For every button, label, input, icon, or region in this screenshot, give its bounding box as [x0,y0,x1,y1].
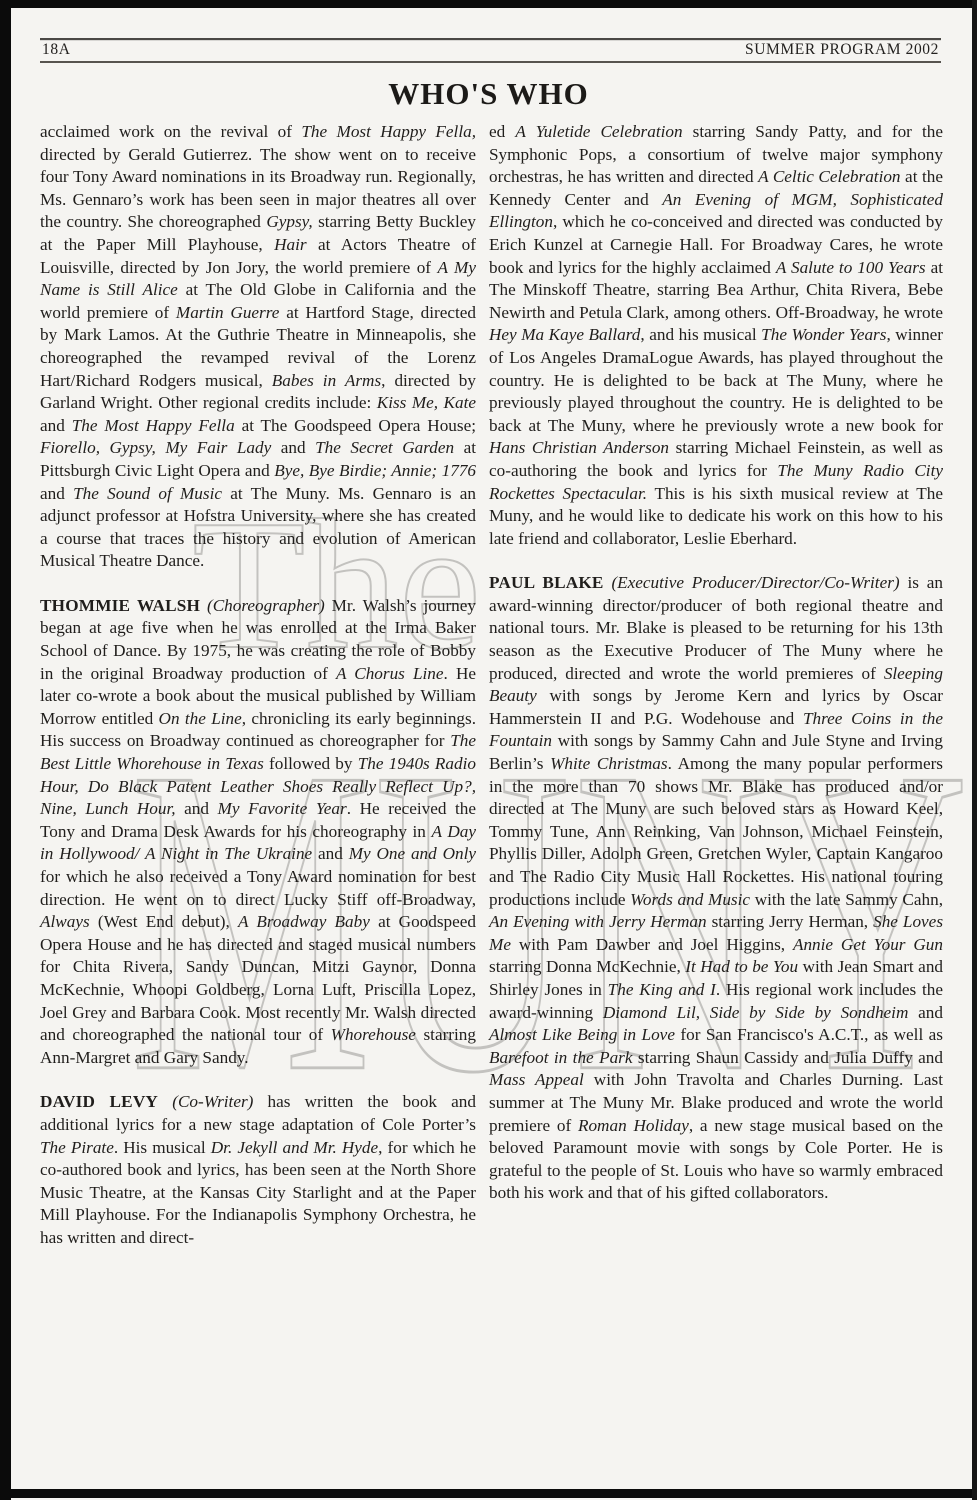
page-title: WHO'S WHO [0,76,977,112]
bio-paragraph-gennaro-continuation: acclaimed work on the revival of The Mos… [40,121,476,573]
program-edition-label: SUMMER PROGRAM 2002 [745,41,939,59]
bio-paragraph-david-levy-continuation: ed A Yuletide Celebration starring Sandy… [489,121,943,550]
page-number: 18A [42,41,71,59]
page-header: 18A SUMMER PROGRAM 2002 [40,38,941,63]
bio-paragraph-david-levy: DAVID LEVY (Co-Writer) has written the b… [40,1091,476,1249]
scan-edge-bottom [0,1489,977,1498]
scan-edge-left [0,0,11,1500]
scan-edge-top [0,0,977,8]
right-column: ed A Yuletide Celebration starring Sandy… [489,121,943,1250]
scan-edge-right [972,0,977,1500]
bio-paragraph-thommie-walsh: THOMMIE WALSH (Choreographer) Mr. Walsh’… [40,595,476,1069]
left-column: acclaimed work on the revival of The Mos… [40,121,476,1250]
bio-paragraph-paul-blake: PAUL BLAKE (Executive Producer/Director/… [489,572,943,1205]
body-columns: acclaimed work on the revival of The Mos… [40,121,943,1250]
header-rule-bottom [40,61,941,63]
program-page: The MUNY 18A SUMMER PROGRAM 2002 WHO'S W… [0,0,977,1500]
